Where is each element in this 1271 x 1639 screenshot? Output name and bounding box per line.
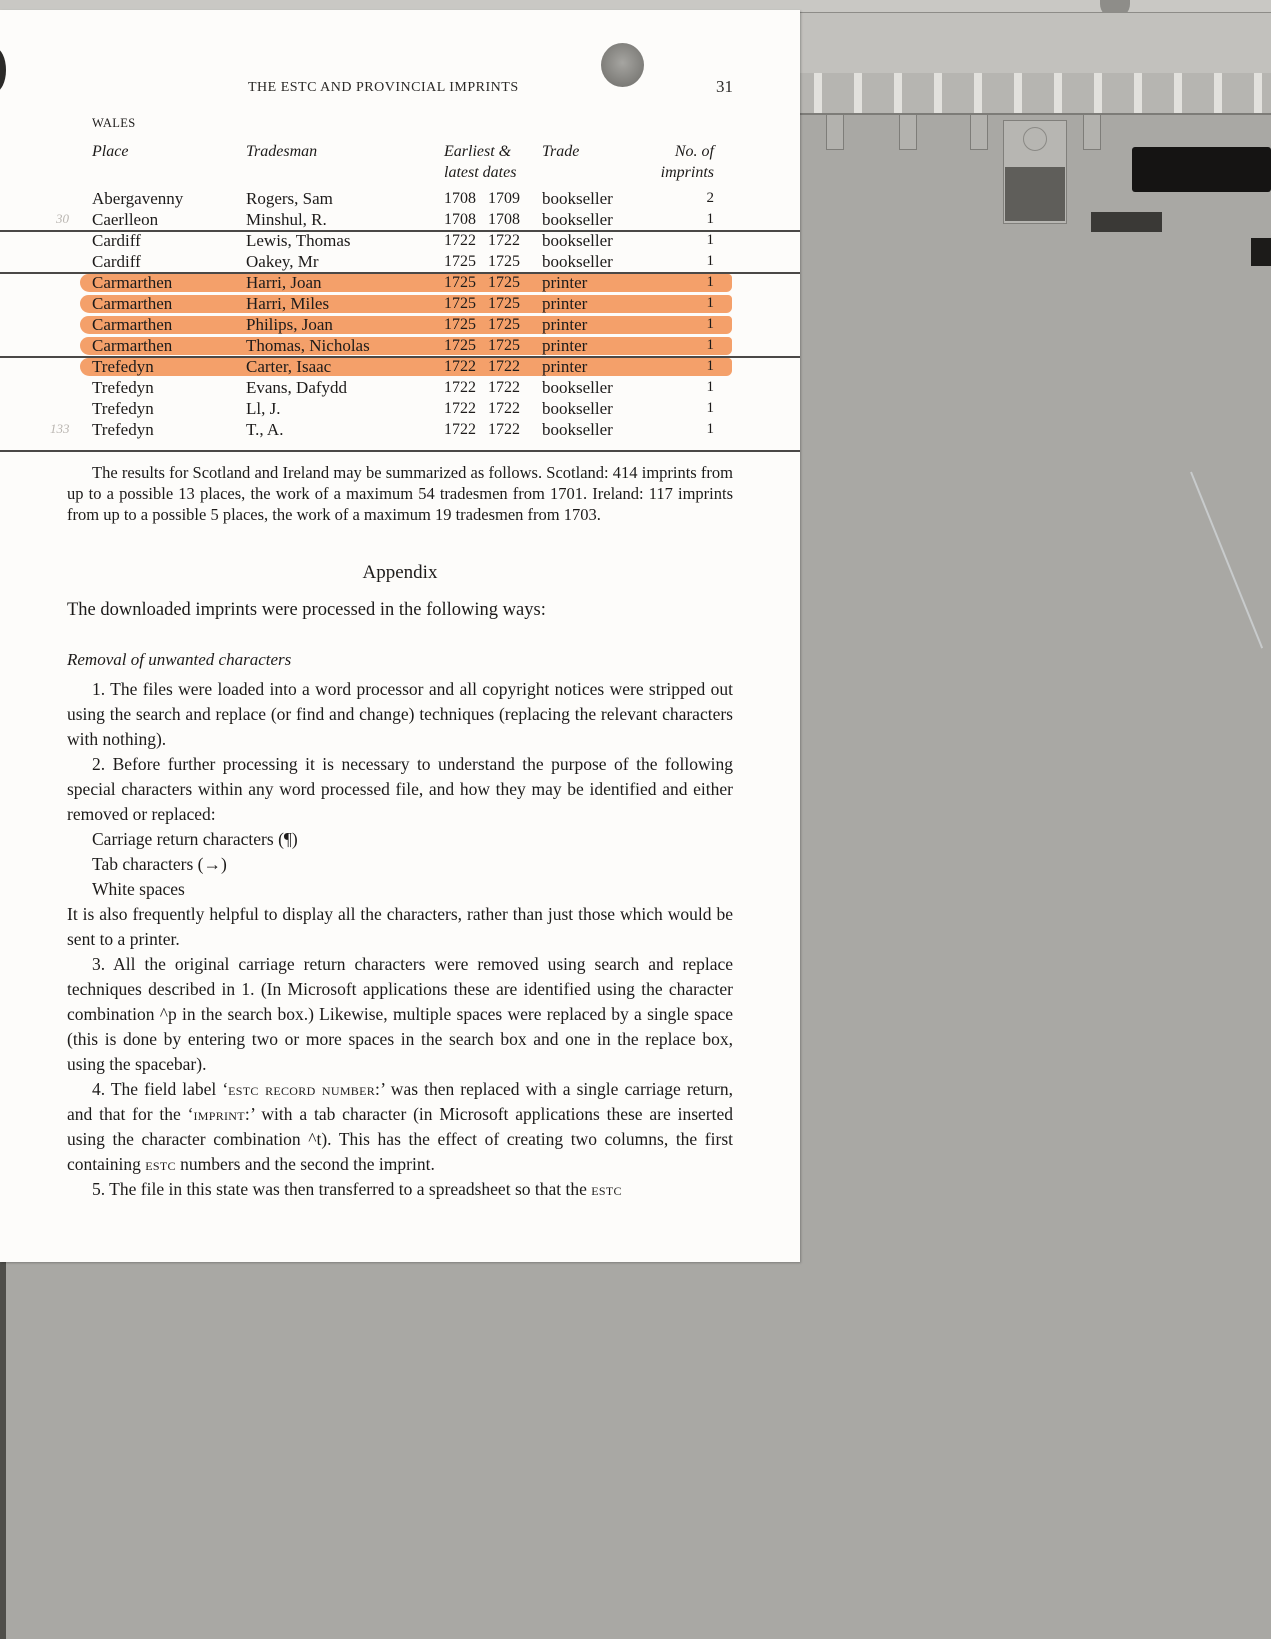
cell-latest-date: 1708 [488, 209, 520, 230]
cell-earliest-date: 1708 [444, 209, 476, 230]
table-row: TrefedynLl, J.17221722bookseller1 [0, 398, 800, 419]
paragraph-1: 1. The files were loaded into a word pro… [67, 677, 733, 752]
cell-imprint-count: 1 [640, 335, 714, 356]
table-rule [0, 230, 800, 232]
margin-note: 133 [50, 421, 70, 437]
cell-imprint-count: 1 [640, 398, 714, 419]
cell-imprint-count: 1 [640, 230, 714, 251]
paragraph-3: 3. All the original carriage return char… [67, 952, 733, 1077]
cell-latest-date: 1725 [488, 314, 520, 335]
cell-trade: printer [542, 293, 587, 314]
cell-earliest-date: 1722 [444, 419, 476, 440]
margin-note: 30 [56, 211, 69, 227]
cell-trade: bookseller [542, 209, 613, 230]
cell-place: Cardiff [92, 230, 141, 251]
scanner-clip [899, 115, 917, 150]
cell-tradesman: Minshul, R. [246, 209, 327, 230]
page-number: 31 [716, 77, 733, 97]
small-caps-term: estc [145, 1154, 176, 1174]
cell-tradesman: Harri, Joan [246, 272, 322, 293]
punch-hole-left [0, 48, 6, 92]
cell-latest-date: 1722 [488, 419, 520, 440]
scanned-page: THE ESTC AND PROVINCIAL IMPRINTS 31 WALE… [0, 10, 800, 1262]
scanner-comb [800, 73, 1271, 115]
cell-place: Carmarthen [92, 335, 172, 356]
cell-imprint-count: 1 [640, 356, 714, 377]
column-header-dates: Earliest & latest dates [444, 141, 534, 183]
column-header-tradesman: Tradesman [246, 141, 317, 162]
cell-earliest-date: 1725 [444, 251, 476, 272]
cell-place: Carmarthen [92, 272, 172, 293]
cell-imprint-count: 1 [640, 377, 714, 398]
paragraph-4: 4. The field label ‘estc record number:’… [67, 1077, 733, 1177]
cell-tradesman: Harri, Miles [246, 293, 329, 314]
cell-trade: printer [542, 272, 587, 293]
cell-latest-date: 1725 [488, 335, 520, 356]
column-header-count: No. of imprints [652, 141, 714, 183]
cell-trade: bookseller [542, 398, 613, 419]
scanner-mechanism [1003, 120, 1067, 224]
cell-earliest-date: 1725 [444, 335, 476, 356]
cell-place: Abergavenny [92, 188, 183, 209]
cell-imprint-count: 1 [640, 314, 714, 335]
table-row: TrefedynCarter, Isaac17221722printer1 [0, 356, 800, 377]
column-header-trade: Trade [542, 141, 579, 162]
cell-tradesman: Oakey, Mr [246, 251, 319, 272]
cell-latest-date: 1709 [488, 188, 520, 209]
text-run: 4. The field label ‘ [92, 1079, 228, 1099]
scanner-clip [826, 115, 844, 150]
cell-earliest-date: 1722 [444, 377, 476, 398]
cell-latest-date: 1722 [488, 230, 520, 251]
running-head: THE ESTC AND PROVINCIAL IMPRINTS [248, 80, 519, 96]
scanner-roller [1132, 147, 1271, 192]
cell-imprint-count: 1 [640, 419, 714, 440]
appendix-subheading: Removal of unwanted characters [67, 650, 291, 670]
highlighter-mark [80, 274, 732, 292]
cell-latest-date: 1725 [488, 251, 520, 272]
cell-tradesman: T., A. [246, 419, 283, 440]
cell-trade: bookseller [542, 230, 613, 251]
table-row: TrefedynEvans, Dafydd17221722bookseller1 [0, 377, 800, 398]
scanner-slot [1251, 238, 1271, 266]
cell-tradesman: Carter, Isaac [246, 356, 331, 377]
table-region-label: WALES [92, 116, 136, 131]
appendix-body: 1. The files were loaded into a word pro… [67, 677, 733, 1202]
cell-tradesman: Rogers, Sam [246, 188, 333, 209]
paragraph-2b: It is also frequently helpful to display… [67, 902, 733, 952]
table-row: CarmarthenThomas, Nicholas17251725printe… [0, 335, 800, 356]
cell-earliest-date: 1725 [444, 293, 476, 314]
scanner-clip [970, 115, 988, 150]
highlighter-mark [80, 337, 732, 355]
cell-place: Caerlleon [92, 209, 158, 230]
cell-latest-date: 1722 [488, 356, 520, 377]
scratch-mark [1190, 472, 1263, 649]
cell-tradesman: Lewis, Thomas [246, 230, 351, 251]
table-row: CaerlleonMinshul, R.17081708bookseller1 [0, 209, 800, 230]
table-row: CarmarthenPhilips, Joan17251725printer1 [0, 314, 800, 335]
cell-trade: printer [542, 314, 587, 335]
cell-latest-date: 1725 [488, 293, 520, 314]
cell-latest-date: 1722 [488, 377, 520, 398]
scanner-edge [0, 1262, 6, 1639]
highlighter-mark [80, 295, 732, 313]
cell-trade: bookseller [542, 251, 613, 272]
column-header-place: Place [92, 141, 128, 162]
cell-trade: bookseller [542, 419, 613, 440]
cell-place: Carmarthen [92, 293, 172, 314]
cell-place: Trefedyn [92, 377, 154, 398]
cell-imprint-count: 2 [640, 188, 714, 209]
table-bottom-rule [0, 450, 800, 452]
table-rule [0, 272, 800, 274]
cell-tradesman: Ll, J. [246, 398, 280, 419]
cell-trade: printer [542, 335, 587, 356]
cell-earliest-date: 1708 [444, 188, 476, 209]
paragraph-2: 2. Before further processing it is neces… [67, 752, 733, 827]
highlighter-mark [80, 316, 732, 334]
cell-trade: bookseller [542, 377, 613, 398]
table-row: CardiffLewis, Thomas17221722bookseller1 [0, 230, 800, 251]
special-char-item: White spaces [67, 877, 733, 902]
table-row: CarmarthenHarri, Joan17251725printer1 [0, 272, 800, 293]
cell-earliest-date: 1722 [444, 356, 476, 377]
cell-latest-date: 1725 [488, 272, 520, 293]
punch-hole [601, 43, 644, 87]
cell-earliest-date: 1722 [444, 398, 476, 419]
cell-place: Trefedyn [92, 398, 154, 419]
small-caps-term: imprint: [193, 1104, 250, 1124]
cell-place: Carmarthen [92, 314, 172, 335]
table-row: CardiffOakey, Mr17251725bookseller1 [0, 251, 800, 272]
summary-paragraph: The results for Scotland and Ireland may… [67, 462, 733, 525]
text-run: 5. The file in this state was then trans… [92, 1179, 591, 1199]
highlighter-mark [80, 358, 732, 376]
scanner-dial [1023, 127, 1047, 151]
table-row: CarmarthenHarri, Miles17251725printer1 [0, 293, 800, 314]
appendix-intro: The downloaded imprints were processed i… [67, 598, 733, 623]
cell-trade: printer [542, 356, 587, 377]
cell-tradesman: Evans, Dafydd [246, 377, 347, 398]
scanner-clip [1083, 115, 1101, 150]
cell-tradesman: Philips, Joan [246, 314, 333, 335]
special-char-item: Tab characters (→) [67, 852, 733, 877]
appendix-title: Appendix [0, 562, 800, 584]
text-run: numbers and the second the imprint. [176, 1154, 435, 1174]
cell-place: Trefedyn [92, 356, 154, 377]
cell-earliest-date: 1722 [444, 230, 476, 251]
table-row: AbergavennyRogers, Sam17081709bookseller… [0, 188, 800, 209]
scanner-slot [1091, 212, 1162, 232]
cell-imprint-count: 1 [640, 293, 714, 314]
cell-imprint-count: 1 [640, 251, 714, 272]
cell-latest-date: 1722 [488, 398, 520, 419]
imprints-table: AbergavennyRogers, Sam17081709bookseller… [0, 188, 800, 440]
special-char-item: Carriage return characters (¶) [67, 827, 733, 852]
cell-earliest-date: 1725 [444, 314, 476, 335]
small-caps-term: estc [591, 1179, 622, 1199]
cell-earliest-date: 1725 [444, 272, 476, 293]
scanner-gear [1005, 167, 1065, 221]
cell-imprint-count: 1 [640, 209, 714, 230]
cell-imprint-count: 1 [640, 272, 714, 293]
cell-trade: bookseller [542, 188, 613, 209]
table-rule [0, 356, 800, 358]
table-row: TrefedynT., A.17221722bookseller1 [0, 419, 800, 440]
small-caps-term: estc record number: [228, 1079, 380, 1099]
paragraph-5: 5. The file in this state was then trans… [67, 1177, 733, 1202]
cell-place: Trefedyn [92, 419, 154, 440]
cell-tradesman: Thomas, Nicholas [246, 335, 370, 356]
cell-place: Cardiff [92, 251, 141, 272]
scanner-rail [800, 12, 1271, 74]
